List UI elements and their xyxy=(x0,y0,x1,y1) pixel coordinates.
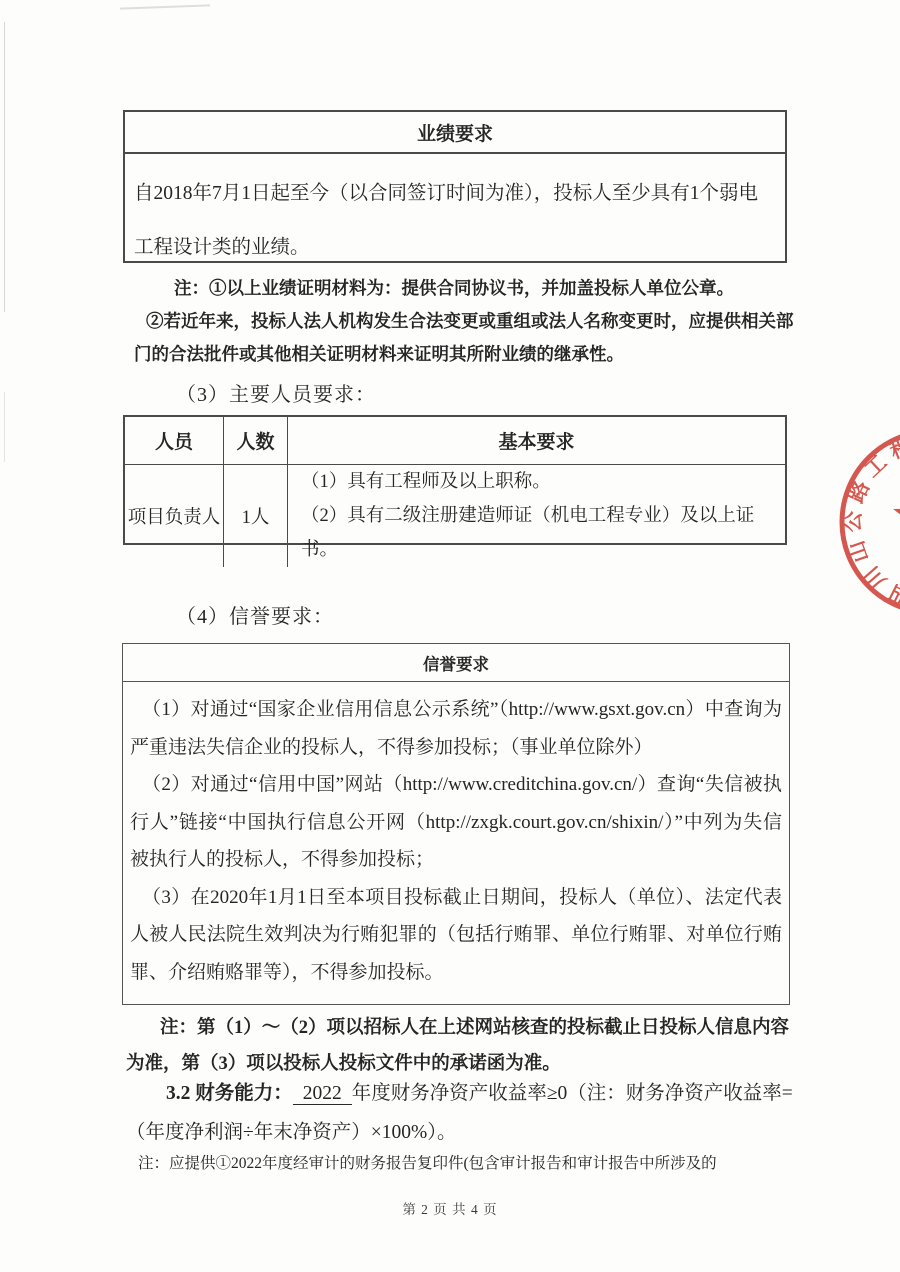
personnel-count-cell: 1人 xyxy=(224,465,288,567)
finance-line-1: 3.2 财务能力：2022年度财务净资产收益率≥0（注：财务净资产收益率= xyxy=(126,1074,816,1113)
credit-item-2: （2）对通过“信用中国”网站（http://www.creditchina.go… xyxy=(130,766,782,879)
credit-table: 信誉要求 （1）对通过“国家企业信用信息公示系统”（http://www.gsx… xyxy=(122,643,790,1005)
personnel-col-header: 人员 xyxy=(125,417,224,465)
performance-notes: 注：①以上业绩证明材料为：提供合同协议书，并加盖投标人单位公章。 ②若近年来，投… xyxy=(134,272,806,371)
finance-note: 注：应提供①2022年度经审计的财务报告复印件(包含审计报告和审计报告中所涉及的 xyxy=(138,1152,818,1176)
seal-ring-text: 四川山公路工程 xyxy=(840,431,900,610)
scan-smudge-artifact xyxy=(120,4,210,9)
credit-table-header: 信誉要求 xyxy=(123,644,789,682)
finance-line-2: （年度净利润÷年末净资产）×100%）。 xyxy=(126,1113,816,1152)
credit-note: 注：第（1）～（2）项以招标人在上述网站核查的投标截止日投标人信息内容为准，第（… xyxy=(126,1010,802,1082)
document-page: 业绩要求 自2018年7月1日起至今（以合同签订时间为准），投标人至少具有1个弱… xyxy=(0,0,900,1272)
section-4-title: （4）信誉要求： xyxy=(176,600,334,629)
personnel-col-header: 基本要求 xyxy=(288,417,785,465)
personnel-col-header: 人数 xyxy=(224,417,288,465)
personnel-role-cell: 项目负责人 xyxy=(125,465,224,567)
page-number: 第 2 页 共 4 页 xyxy=(0,1198,900,1218)
personnel-table: 人员 人数 基本要求 项目负责人 1人 （1）具有工程师及以上职称。 （2）具有… xyxy=(123,415,787,545)
section-3-title: （3）主要人员要求： xyxy=(176,378,376,407)
credit-table-body: （1）对通过“国家企业信用信息公示系统”（http://www.gsxt.gov… xyxy=(123,682,789,991)
performance-table: 业绩要求 自2018年7月1日起至今（以合同签订时间为准），投标人至少具有1个弱… xyxy=(123,110,787,263)
finance-line-1-rest: 年度财务净资产收益率≥0（注：财务净资产收益率= xyxy=(352,1083,793,1104)
performance-table-body: 自2018年7月1日起至今（以合同签订时间为准），投标人至少具有1个弱电工程设计… xyxy=(125,154,785,275)
finance-year-underlined: 2022 xyxy=(293,1083,352,1105)
finance-section: 3.2 财务能力：2022年度财务净资产收益率≥0（注：财务净资产收益率= （年… xyxy=(126,1074,816,1152)
credit-item-3: （3）在2020年1月1日至本项目投标截止日期间，投标人（单位）、法定代表人被人… xyxy=(130,879,782,992)
personnel-requirement-2: （2）具有二级注册建造师证（机电工程专业）及以上证书。 xyxy=(301,499,785,567)
scan-edge-artifact xyxy=(4,22,5,312)
personnel-requirements-cell: （1）具有工程师及以上职称。 （2）具有二级注册建造师证（机电工程专业）及以上证… xyxy=(288,465,785,567)
performance-table-header: 业绩要求 xyxy=(125,112,785,154)
credit-item-1: （1）对通过“国家企业信用信息公示系统”（http://www.gsxt.gov… xyxy=(130,691,782,766)
seal-star-icon xyxy=(893,480,900,556)
finance-label: 3.2 财务能力： xyxy=(166,1083,293,1104)
scan-edge-artifact xyxy=(4,392,5,462)
performance-note-1: 注：①以上业绩证明材料为：提供合同协议书，并加盖投标人单位公章。 xyxy=(134,272,806,305)
personnel-requirement-1: （1）具有工程师及以上职称。 xyxy=(301,465,551,499)
company-seal-stamp: 四川山公路工程 601015 xyxy=(832,421,900,625)
performance-note-2: ②若近年来，投标人法人机构发生合法变更或重组或法人名称变更时，应提供相关部门的合… xyxy=(134,305,806,371)
